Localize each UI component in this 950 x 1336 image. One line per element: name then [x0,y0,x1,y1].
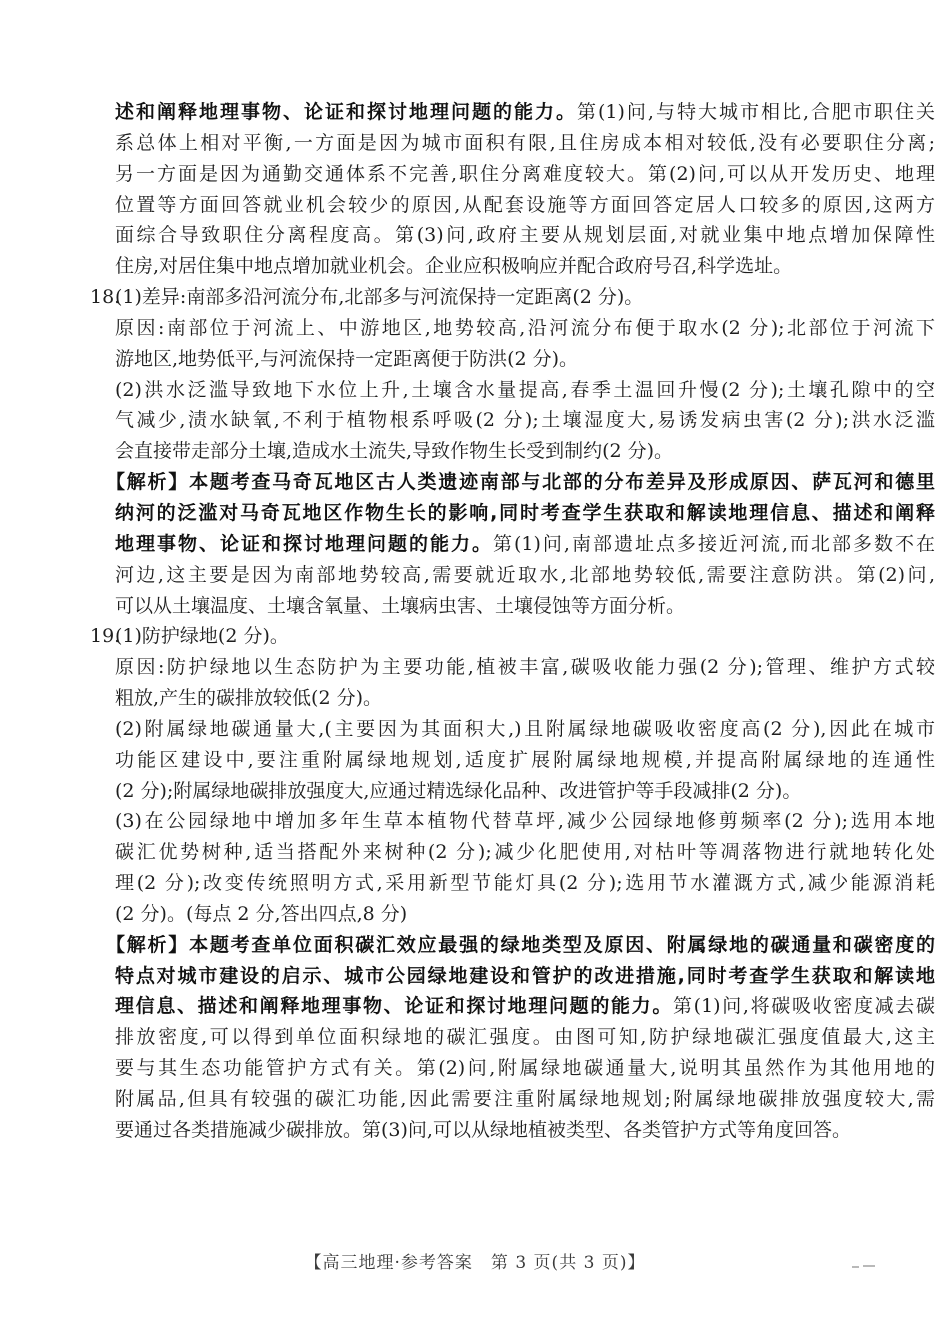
text-line: (2)附属绿地碳通量大,(主要因为其面积大,)且附属绿地碳吸收密度高(2 分),… [90,714,935,745]
text-line: (3)在公园绿地中增加多年生草本植物代替草坪,减少公园绿地修剪频率(2 分);选… [90,806,935,837]
answer-text: (2)附属绿地碳通量大,(主要因为其面积大,)且附属绿地碳吸收密度高(2 分),… [115,718,935,740]
text-line: 要通过各类措施减少碳排放。第(3)问,可以从绿地植被类型、各类管护方式等角度回答… [90,1115,935,1146]
document-body: 述和阐释地理事物、论证和探讨地理问题的能力。第(1)问,与特大城市相比,合肥市职… [90,97,935,1146]
answer-text: 要通过各类措施减少碳排放。第(3)问,可以从绿地植被类型、各类管护方式等角度回答… [115,1119,851,1141]
analysis-text: 理信息、描述和阐释地理事物、论证和探讨地理问题的能力。 [115,995,673,1017]
item-number: 19. [90,621,120,652]
answer-text: 第(1)问,与特大城市相比,合肥市职住关 [577,101,935,123]
text-line: 会直接带走部分土壤,造成水土流失,导致作物生长受到制约(2 分)。 [90,436,935,467]
answer-text: 会直接带走部分土壤,造成水土流失,导致作物生长受到制约(2 分)。 [115,440,673,462]
scan-artifact [852,1264,878,1269]
text-line: 系总体上相对平衡,一方面是因为城市面积有限,且住房成本相对较低,没有必要职住分离… [90,128,935,159]
text-line: 碳汇优势树种,适当搭配外来树种(2 分);减少化肥使用,对枯叶等凋落物进行就地转… [90,837,935,868]
text-line: 述和阐释地理事物、论证和探讨地理问题的能力。第(1)问,与特大城市相比,合肥市职… [90,97,935,128]
answer-text: (1)差异:南部多沿河流分布,北部多与河流保持一定距离(2 分)。 [115,286,643,308]
answer-text: 位置等方面回答就业机会较少的原因,从配套设施等方面回答定居人口较多的原因,这两方 [115,194,935,216]
text-line: 【解析】本题考查单位面积碳汇效应最强的绿地类型及原因、附属绿地的碳通量和碳密度的 [90,930,935,961]
answer-text: (1)防护绿地(2 分)。 [115,625,289,647]
document-page: { "document": { "lines": [ {"full": true… [0,0,950,1336]
text-line: 原因:防护绿地以生态防护为主要功能,植被丰富,碳吸收能力强(2 分);管理、维护… [90,652,935,683]
analysis-text: 【解析】本题考查单位面积碳汇效应最强的绿地类型及原因、附属绿地的碳通量和碳密度的 [106,934,935,956]
answer-text: (2 分)。(每点 2 分,答出四点,8 分) [115,903,407,925]
answer-text: 原因:南部位于河流上、中游地区,地势较高,沿河流分布便于取水(2 分);北部位于… [115,317,935,339]
text-line: 粗放,产生的碳排放较低(2 分)。 [90,683,935,714]
answer-text: 要与其生态功能管护方式有关。第(2)问,附属绿地碳通量大,说明其虽然作为其他用地… [115,1057,935,1079]
answer-text: 排放密度,可以得到单位面积绿地的碳汇强度。由图可知,防护绿地碳汇强度值最大,这主 [115,1026,935,1048]
item-number: 18. [90,282,120,313]
answer-text: 附属品,但具有较强的碳汇功能,因此需要注重附属绿地规划;附属绿地碳排放强度较大,… [115,1088,935,1110]
text-line: 附属品,但具有较强的碳汇功能,因此需要注重附属绿地规划;附属绿地碳排放强度较大,… [90,1084,935,1115]
answer-text: 气减少,渍水缺氧,不利于植物根系呼吸(2 分);土壤湿度大,易诱发病虫害(2 分… [115,409,935,431]
analysis-text: 地理事物、论证和探讨地理问题的能力。 [115,533,493,555]
text-line: (2 分);附属绿地碳排放强度大,应通过精选绿化品种、改进管护等手段减排(2 分… [90,776,935,807]
text-line: 18.(1)差异:南部多沿河流分布,北部多与河流保持一定距离(2 分)。 [90,282,935,313]
analysis-text: 特点对城市建设的启示、城市公园绿地建设和管护的改进措施,同时考查学生获取和解读地 [115,965,935,987]
answer-text: 可以从土壤温度、土壤含氧量、土壤病虫害、土壤侵蚀等方面分析。 [115,595,685,617]
answer-text: 住房,对居住集中地点增加就业机会。企业应积极响应并配合政府号召,科学选址。 [115,255,792,277]
text-line: 功能区建设中,要注重附属绿地规划,适度扩展附属绿地规模,并提高附属绿地的连通性 [90,745,935,776]
answer-text: 游地区,地势低平,与河流保持一定距离便于防洪(2 分)。 [115,348,578,370]
text-line: 位置等方面回答就业机会较少的原因,从配套设施等方面回答定居人口较多的原因,这两方 [90,190,935,221]
text-line: 特点对城市建设的启示、城市公园绿地建设和管护的改进措施,同时考查学生获取和解读地 [90,961,935,992]
analysis-text: 述和阐释地理事物、论证和探讨地理问题的能力。 [115,101,577,123]
text-line: (2 分)。(每点 2 分,答出四点,8 分) [90,899,935,930]
answer-text: 碳汇优势树种,适当搭配外来树种(2 分);减少化肥使用,对枯叶等凋落物进行就地转… [115,841,935,863]
answer-text: 理(2 分);改变传统照明方式,采用新型节能灯具(2 分);选用节水灌溉方式,减… [115,872,935,894]
text-line: 另一方面是因为通勤交通体系不完善,职住分离难度较大。第(2)问,可以从开发历史、… [90,159,935,190]
page-footer: 【高三地理·参考答案 第 3 页(共 3 页)】 [0,1248,950,1273]
text-line: 【解析】本题考查马奇瓦地区古人类遗迹南部与北部的分布差异及形成原因、萨瓦河和德里 [90,467,935,498]
text-line: 纳河的泛滥对马奇瓦地区作物生长的影响,同时考查学生获取和解读地理信息、描述和阐释 [90,498,935,529]
text-line: 排放密度,可以得到单位面积绿地的碳汇强度。由图可知,防护绿地碳汇强度值最大,这主 [90,1022,935,1053]
text-line: 游地区,地势低平,与河流保持一定距离便于防洪(2 分)。 [90,344,935,375]
text-line: 要与其生态功能管护方式有关。第(2)问,附属绿地碳通量大,说明其虽然作为其他用地… [90,1053,935,1084]
answer-text: (2)洪水泛滥导致地下水位上升,土壤含水量提高,春季土温回升慢(2 分);土壤孔… [115,379,935,401]
analysis-text: 【解析】本题考查马奇瓦地区古人类遗迹南部与北部的分布差异及形成原因、萨瓦河和德里 [106,471,935,493]
answer-text: 系总体上相对平衡,一方面是因为城市面积有限,且住房成本相对较低,没有必要职住分离… [115,132,935,154]
text-line: 19.(1)防护绿地(2 分)。 [90,621,935,652]
answer-text: 粗放,产生的碳排放较低(2 分)。 [115,687,382,709]
text-line: 理信息、描述和阐释地理事物、论证和探讨地理问题的能力。第(1)问,将碳吸收密度减… [90,991,935,1022]
answer-text: 第(1)问,南部遗址点多接近河流,而北部多数不在 [493,533,935,555]
text-line: 住房,对居住集中地点增加就业机会。企业应积极响应并配合政府号召,科学选址。 [90,251,935,282]
text-line: 气减少,渍水缺氧,不利于植物根系呼吸(2 分);土壤湿度大,易诱发病虫害(2 分… [90,405,935,436]
answer-text: 另一方面是因为通勤交通体系不完善,职住分离难度较大。第(2)问,可以从开发历史、… [115,163,935,185]
text-line: 面综合导致职住分离程度高。第(3)问,政府主要从规划层面,对就业集中地点增加保障… [90,220,935,251]
answer-text: 功能区建设中,要注重附属绿地规划,适度扩展附属绿地规模,并提高附属绿地的连通性 [115,749,935,771]
text-line: (2)洪水泛滥导致地下水位上升,土壤含水量提高,春季土温回升慢(2 分);土壤孔… [90,375,935,406]
answer-text: (2 分);附属绿地碳排放强度大,应通过精选绿化品种、改进管护等手段减排(2 分… [115,780,801,802]
answer-text: 面综合导致职住分离程度高。第(3)问,政府主要从规划层面,对就业集中地点增加保障… [115,224,935,246]
analysis-text: 纳河的泛滥对马奇瓦地区作物生长的影响,同时考查学生获取和解读地理信息、描述和阐释 [115,502,935,524]
answer-text: 河边,这主要是因为南部地势较高,需要就近取水,北部地势较低,需要注意防洪。第(2… [115,564,935,586]
answer-text: 第(1)问,将碳吸收密度减去碳 [673,995,935,1017]
text-line: 河边,这主要是因为南部地势较高,需要就近取水,北部地势较低,需要注意防洪。第(2… [90,560,935,591]
text-line: 原因:南部位于河流上、中游地区,地势较高,沿河流分布便于取水(2 分);北部位于… [90,313,935,344]
answer-text: (3)在公园绿地中增加多年生草本植物代替草坪,减少公园绿地修剪频率(2 分);选… [115,810,935,832]
answer-text: 原因:防护绿地以生态防护为主要功能,植被丰富,碳吸收能力强(2 分);管理、维护… [115,656,935,678]
text-line: 地理事物、论证和探讨地理问题的能力。第(1)问,南部遗址点多接近河流,而北部多数… [90,529,935,560]
text-line: 理(2 分);改变传统照明方式,采用新型节能灯具(2 分);选用节水灌溉方式,减… [90,868,935,899]
text-line: 可以从土壤温度、土壤含氧量、土壤病虫害、土壤侵蚀等方面分析。 [90,591,935,622]
